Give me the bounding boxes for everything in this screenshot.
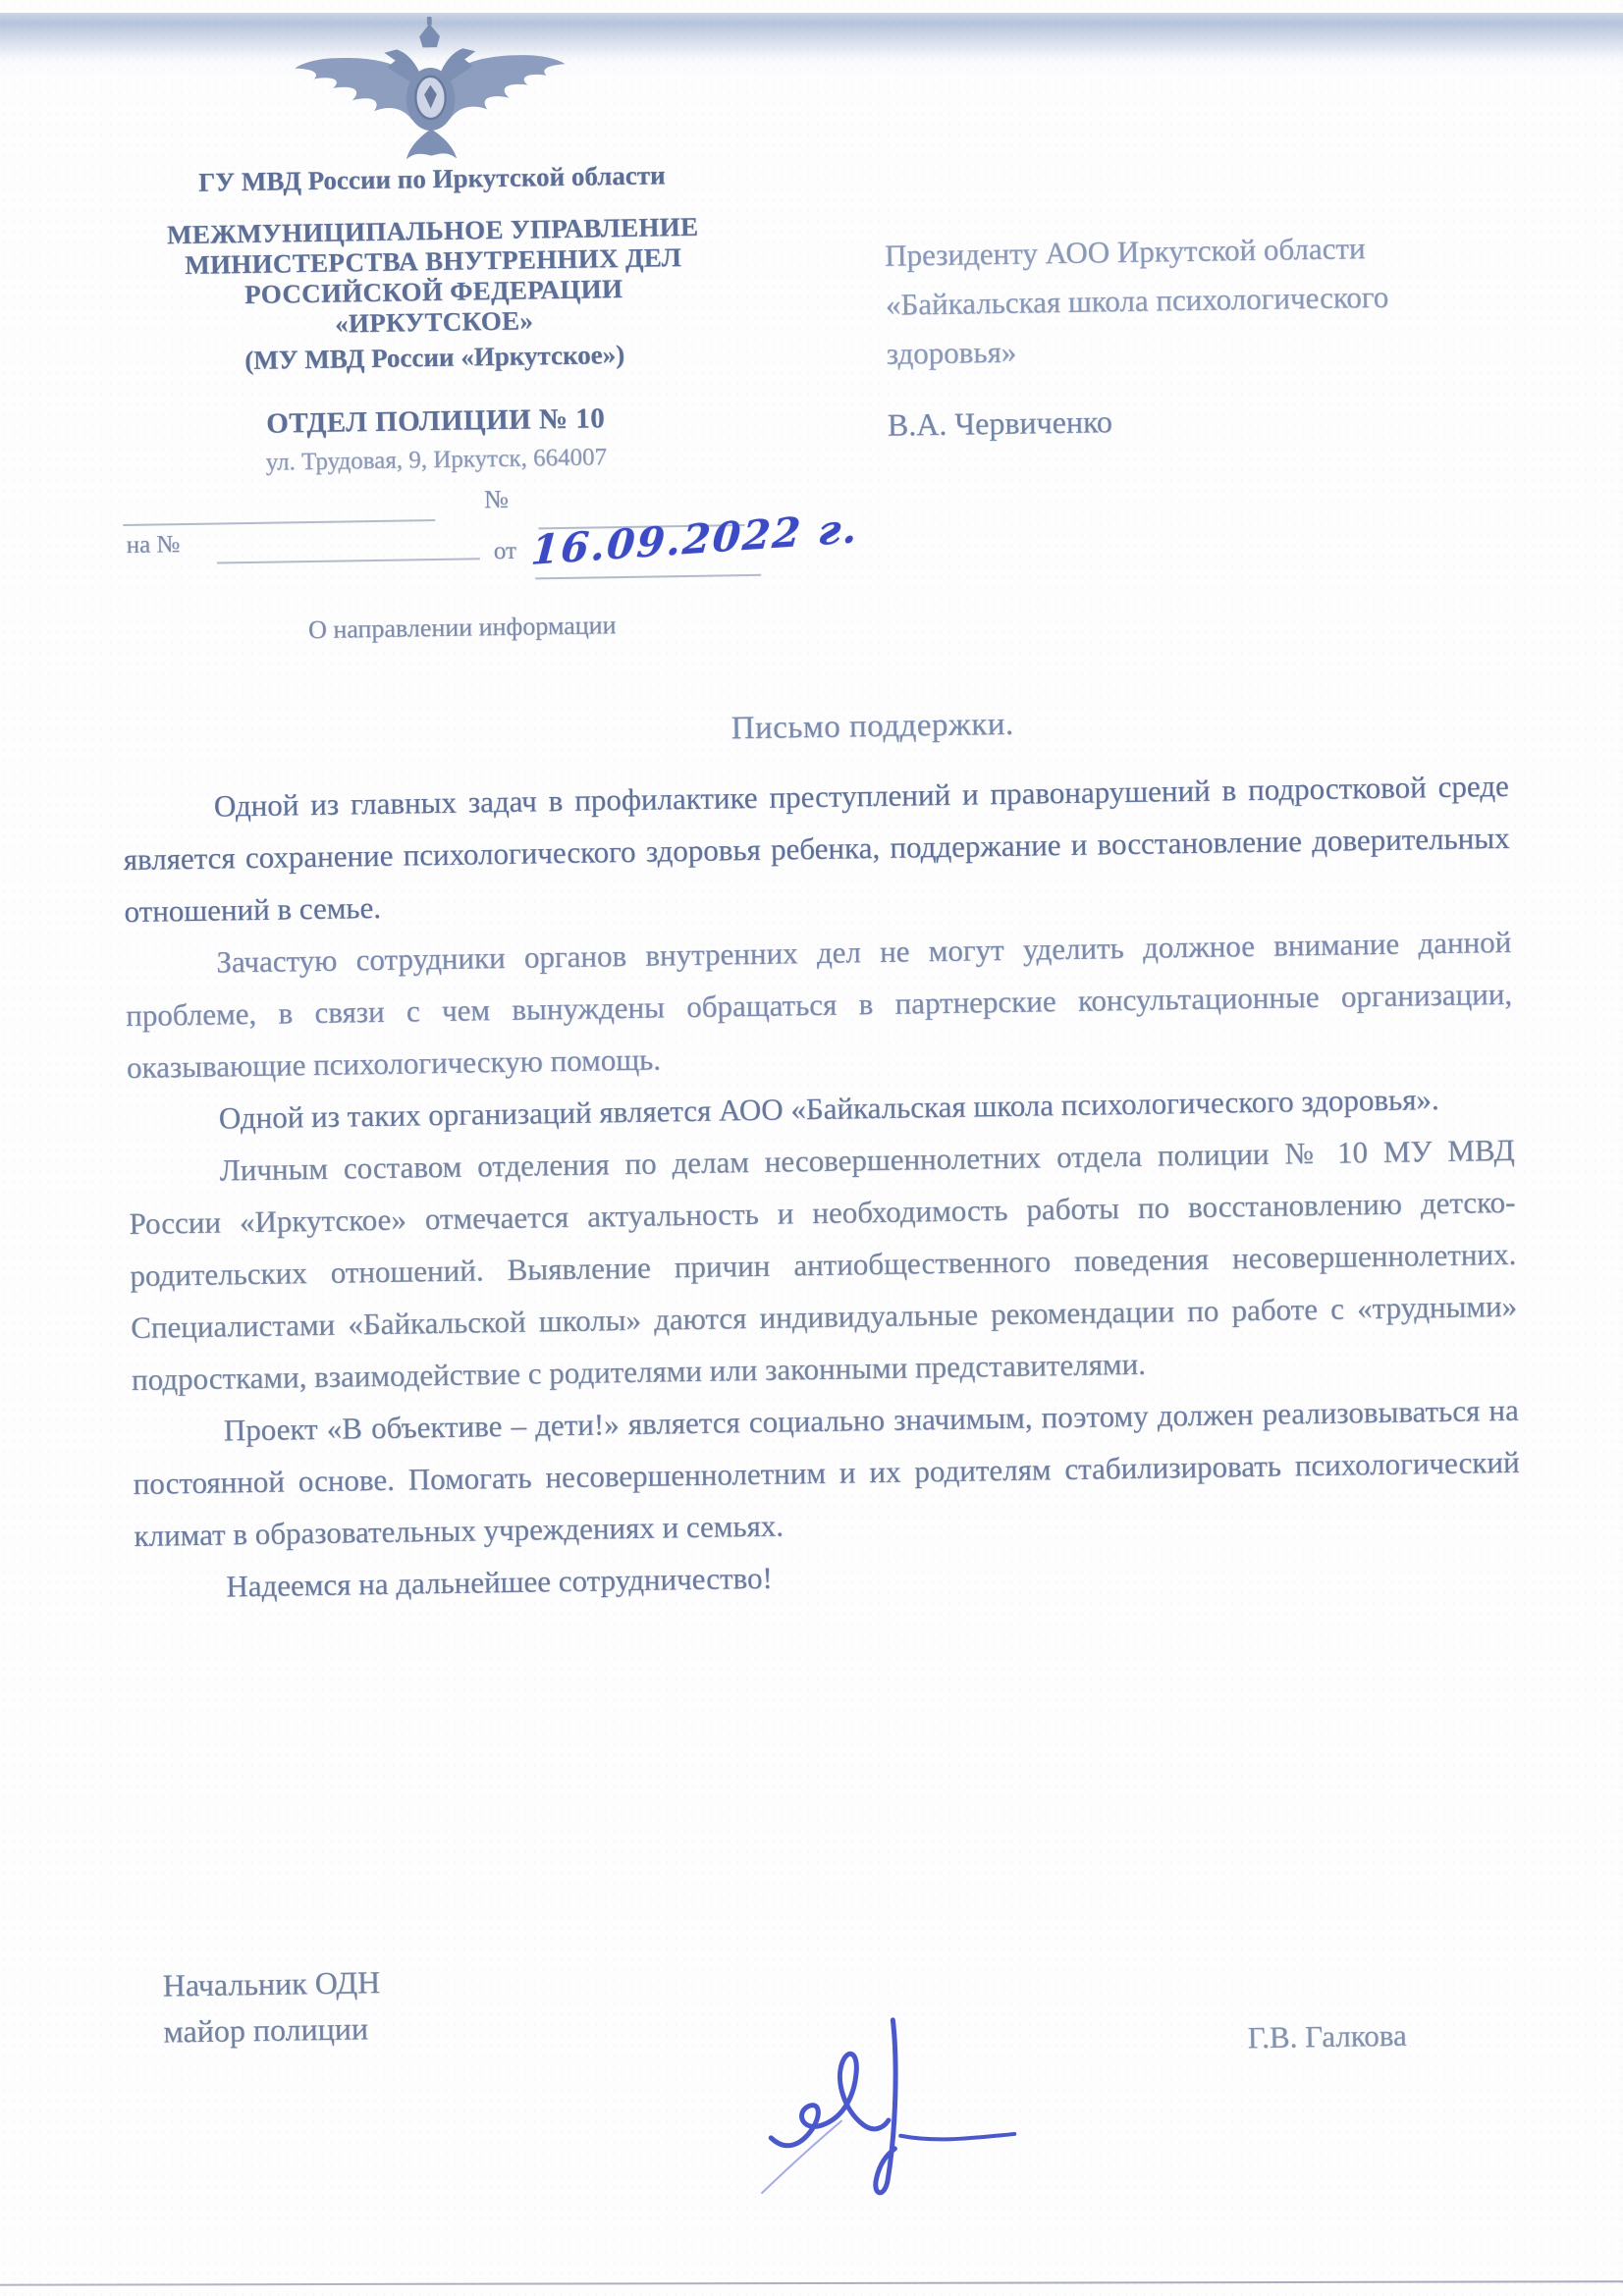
body-paragraph: Личным составом отделения по делам несов… [128, 1124, 1518, 1406]
scanned-letter-sheet: ГУ МВД России по Иркутской области МЕЖМУ… [0, 0, 1623, 2296]
blank-line [217, 558, 480, 563]
body-paragraph: Одной из главных задач в профилактике пр… [122, 760, 1510, 937]
letterhead-parent-org: ГУ МВД России по Иркутской области [108, 159, 756, 199]
signer-position-line: Начальник ОДН [162, 1959, 380, 2008]
mvd-double-headed-eagle-emblem-icon [287, 11, 573, 165]
body-paragraph: Зачастую сотрудники органов внутренних д… [125, 916, 1513, 1094]
reply-to-number-label: на № [126, 531, 180, 560]
addressee-name: В.А. Червиченко [887, 390, 1555, 450]
handwritten-signature-scribble-icon [755, 1986, 1103, 2216]
blank-line [123, 519, 435, 526]
body-paragraph: Проект «В объективе – дети!» является со… [132, 1384, 1520, 1562]
addressee-block: Президенту АОО Иркутской области «Байкал… [885, 221, 1555, 450]
signer-position-line: майор полиции [163, 2005, 381, 2055]
signer-name: Г.В. Галкова [1247, 2018, 1407, 2056]
signer-position: Начальник ОДН майор полиции [162, 1959, 381, 2055]
subject-line: О направлении информации [308, 611, 617, 645]
letter-content: ГУ МВД России по Иркутской области МЕЖМУ… [0, 0, 1623, 2296]
date-label: от [494, 538, 517, 565]
reference-number-block: № на № от 16.09.2022 г. [118, 478, 787, 607]
letterhead-org-short-name: (МУ МВД России «Иркутское») [110, 338, 758, 378]
letterhead: ГУ МВД России по Иркутской области МЕЖМУ… [105, 8, 760, 479]
letter-title: Письмо поддержки. [180, 698, 1564, 756]
outgoing-number-label: № [484, 485, 509, 514]
letter-body: Одной из главных задач в профилактике пр… [122, 760, 1521, 1614]
addressee-line: здоровья» [886, 319, 1554, 379]
letterhead-department: ОТДЕЛ ПОЛИЦИИ № 10 [112, 400, 760, 443]
letterhead-postal-address: ул. Трудовая, 9, Иркутск, 664007 [112, 442, 760, 479]
handwritten-date: 16.09.2022 г. [529, 508, 807, 574]
letterhead-org-name: МЕЖМУНИЦИПАЛЬНОЕ УПРАВЛЕНИЕ МИНИСТЕРСТВА… [108, 211, 758, 343]
date-underline [535, 574, 761, 580]
